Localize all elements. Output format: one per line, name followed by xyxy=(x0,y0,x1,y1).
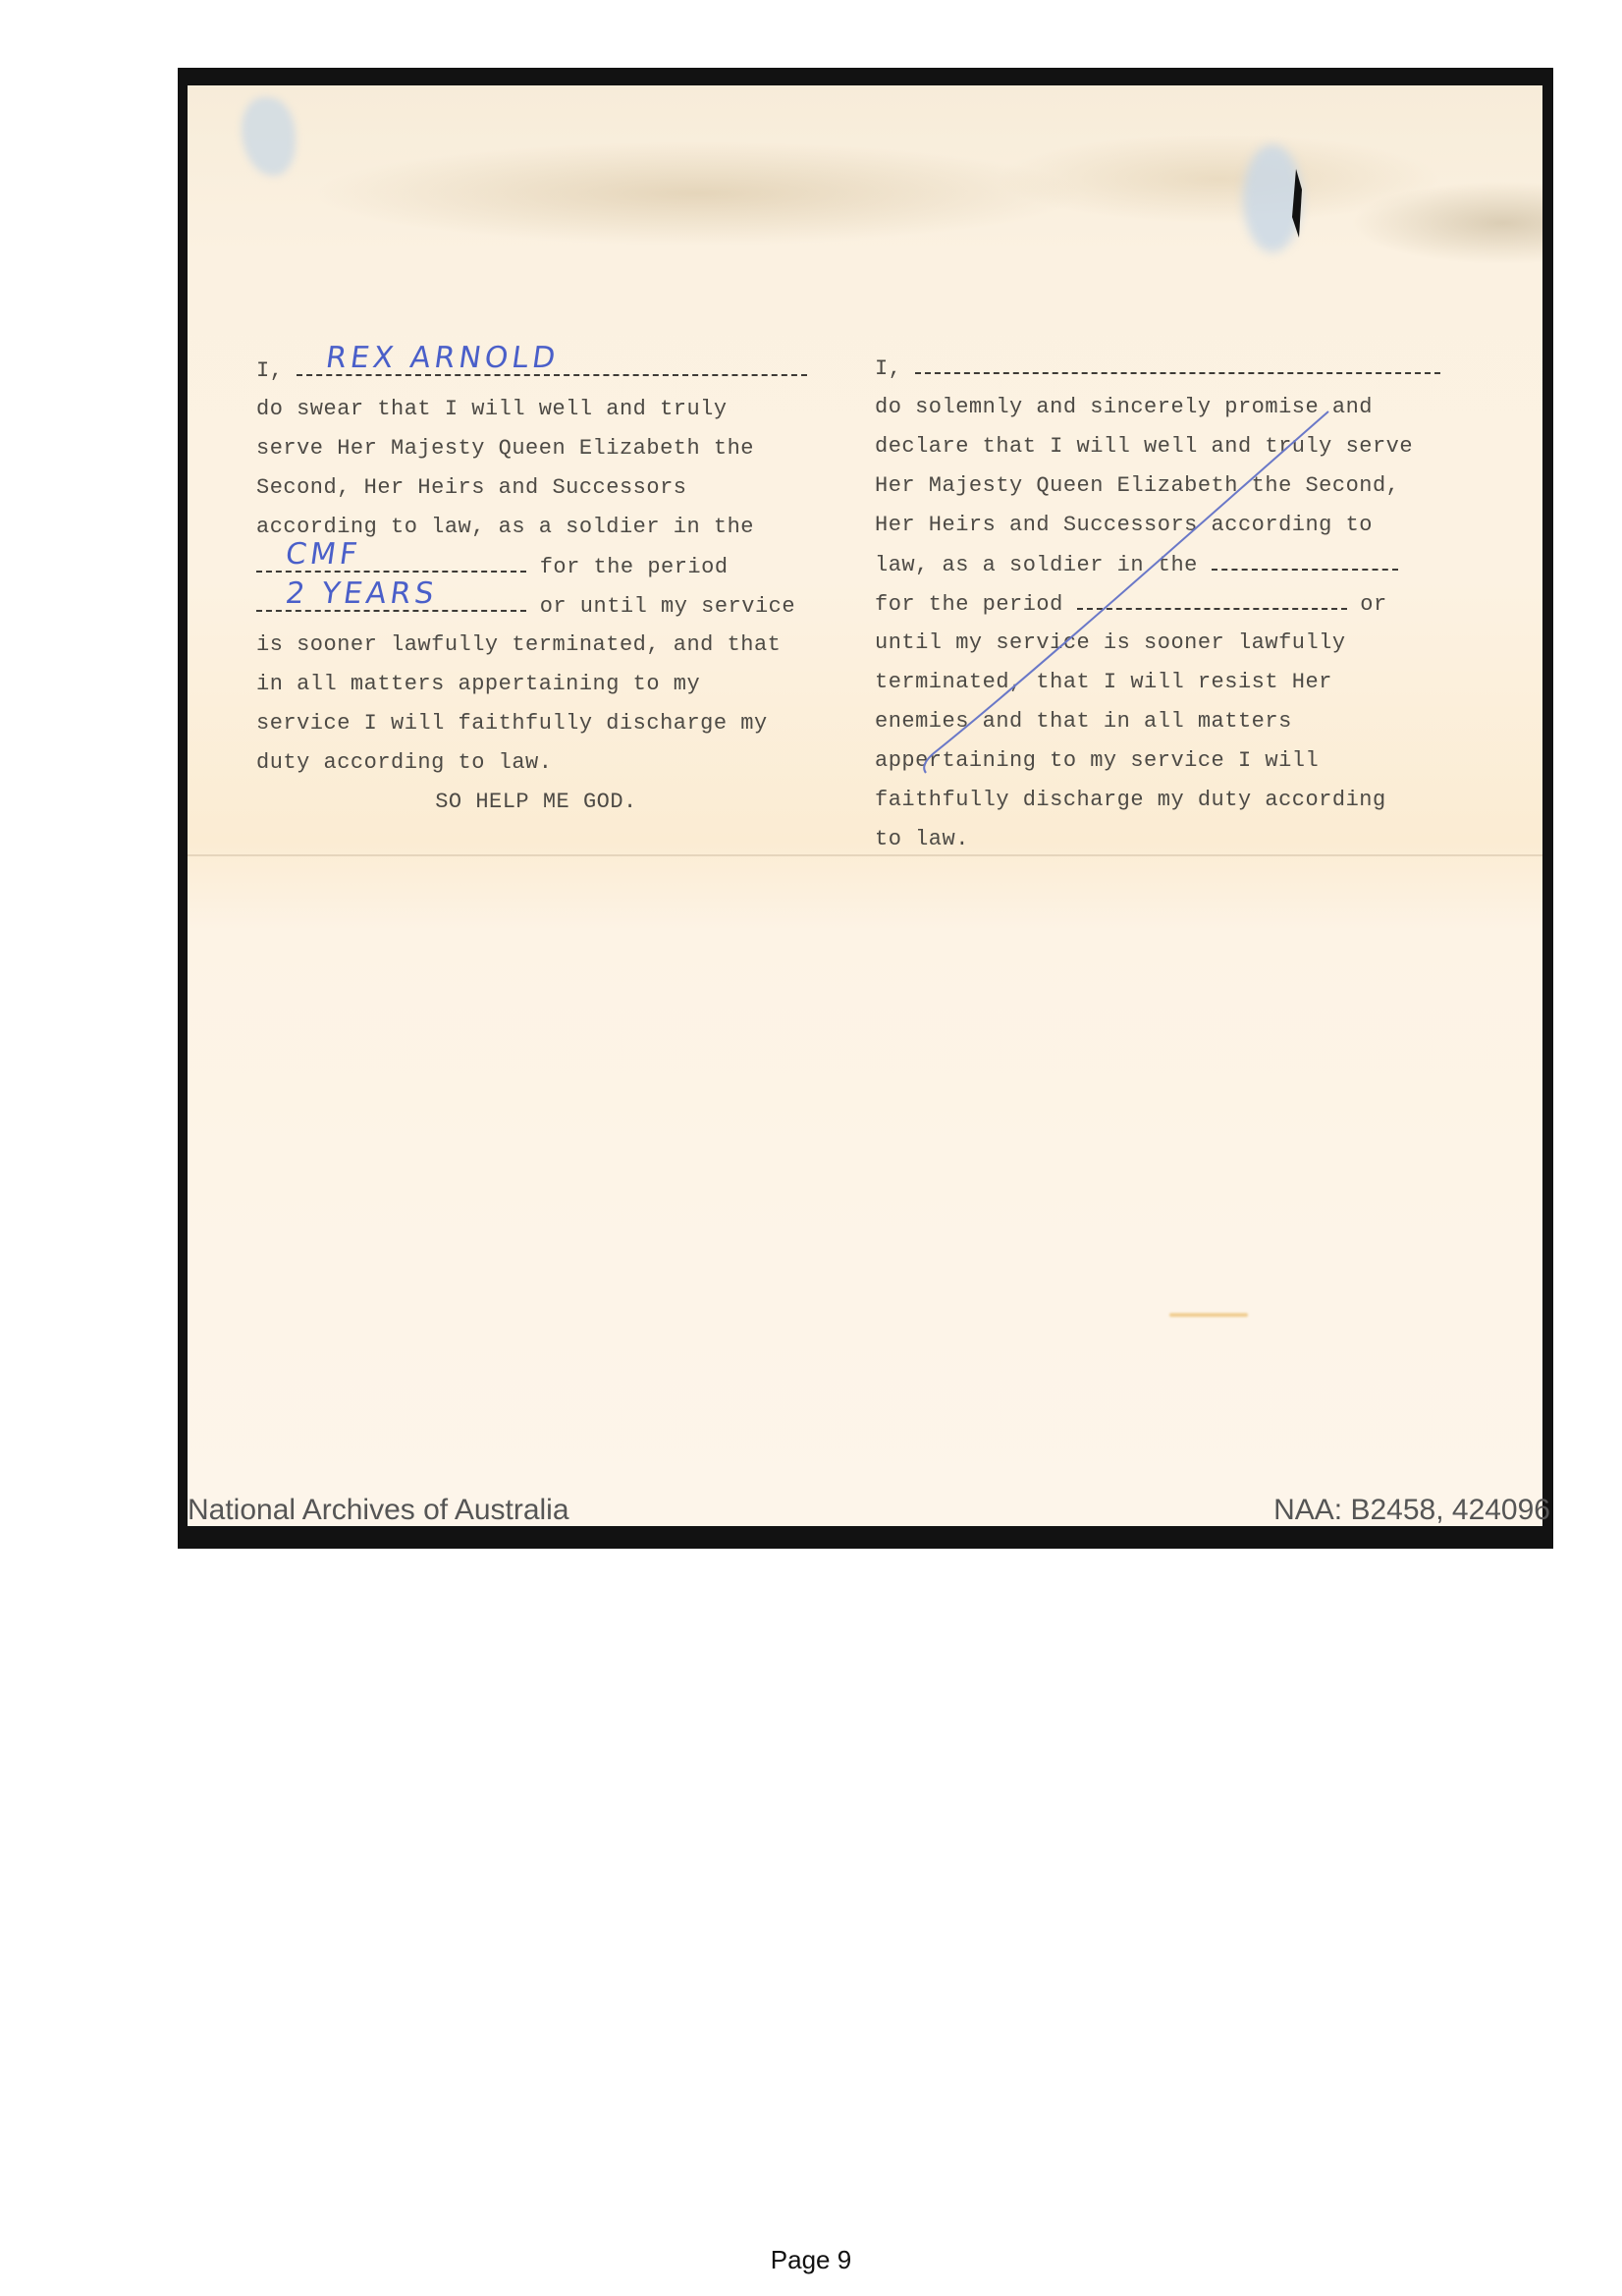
affirmation-line: faithfully discharge my duty according xyxy=(875,781,1464,820)
name-field: REX ARNOLD xyxy=(297,351,807,376)
name-field-blank xyxy=(915,349,1440,374)
oath-line: service I will faithfully discharge my xyxy=(256,704,816,743)
handwritten-unit: CMF xyxy=(283,535,363,574)
stain xyxy=(1169,1313,1248,1317)
page-number: Page 9 xyxy=(0,2245,1622,2275)
affirmation-line: appertaining to my service I will xyxy=(875,741,1464,781)
affirmation-column: I, do solemnly and sincerely promise and… xyxy=(875,349,1464,859)
oath-line: is sooner lawfully terminated, and that xyxy=(256,626,816,665)
oath-column: I, REX ARNOLD do swear that I will well … xyxy=(256,351,816,822)
stain xyxy=(242,97,296,176)
affirmation-line: do solemnly and sincerely promise and xyxy=(875,388,1464,427)
unit-field-blank xyxy=(1212,545,1398,571)
archive-reference: NAA: B2458, 424096 xyxy=(1273,1494,1550,1527)
oath-line: duty according to law. xyxy=(256,743,816,783)
oath-line: do swear that I will well and truly xyxy=(256,390,816,429)
stain xyxy=(1243,144,1302,252)
unit-field: CMF xyxy=(256,547,526,573)
affirmation-name-line: I, xyxy=(875,349,1464,388)
affirmation-unit-line: law, as a soldier in the xyxy=(875,545,1464,584)
period-suffix: or xyxy=(1360,592,1386,617)
period-field-blank xyxy=(1077,584,1347,610)
oath-closing: SO HELP ME GOD. xyxy=(256,783,816,822)
affirmation-line: enemies and that in all matters xyxy=(875,702,1464,741)
archive-watermark: National Archives of Australia NAA: B245… xyxy=(188,1494,1552,1527)
affirmation-line: terminated, that I will resist Her xyxy=(875,663,1464,702)
period-field: 2 YEARS xyxy=(256,586,526,612)
oath-intro: I, xyxy=(256,358,283,383)
affirmation-line: Her Majesty Queen Elizabeth the Second, xyxy=(875,466,1464,506)
paper-sheet: I, REX ARNOLD do swear that I will well … xyxy=(188,85,1542,1526)
handwritten-name: REX ARNOLD xyxy=(323,339,562,378)
affirmation-period-line: for the period or xyxy=(875,584,1464,624)
scanned-document: I, REX ARNOLD do swear that I will well … xyxy=(178,68,1553,1549)
oath-line: Second, Her Heirs and Successors xyxy=(256,468,816,508)
affirmation-line: declare that I will well and truly serve xyxy=(875,427,1464,466)
oath-line: in all matters appertaining to my xyxy=(256,665,816,704)
oath-line: serve Her Majesty Queen Elizabeth the xyxy=(256,429,816,468)
affirmation-intro: I, xyxy=(875,356,901,381)
period-line: 2 YEARS or until my service xyxy=(256,586,816,626)
oath-name-line: I, REX ARNOLD xyxy=(256,351,816,390)
period-prefix: for the period xyxy=(875,592,1063,617)
unit-prefix: law, as a soldier in the xyxy=(875,553,1198,577)
affirmation-line: Her Heirs and Successors according to xyxy=(875,506,1464,545)
handwritten-period: 2 YEARS xyxy=(283,574,440,614)
archive-name: National Archives of Australia xyxy=(188,1494,569,1527)
affirmation-line: until my service is sooner lawfully xyxy=(875,624,1464,663)
affirmation-line: to law. xyxy=(875,820,1464,859)
period-suffix: or until my service xyxy=(540,594,795,619)
unit-suffix: for the period xyxy=(540,555,729,579)
